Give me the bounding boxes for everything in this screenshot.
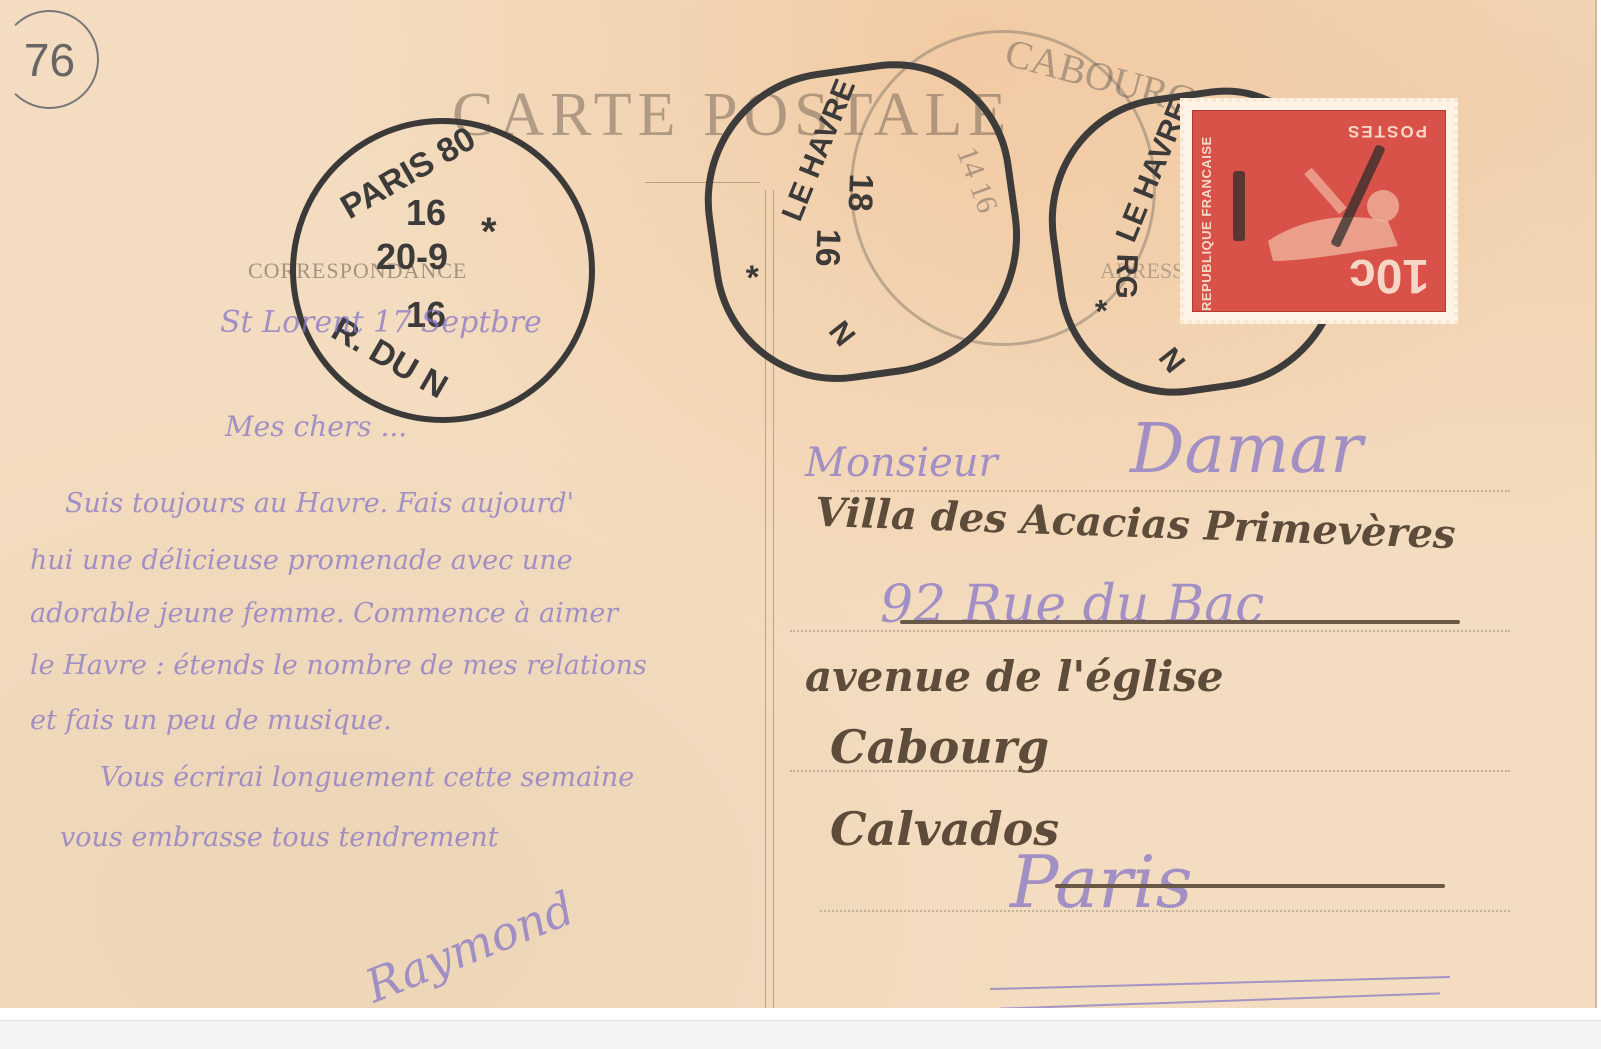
message-line: et fais un peu de musique. [30, 705, 392, 736]
address-salutation: Monsieur [805, 440, 998, 486]
scan-margin [0, 1008, 1601, 1020]
message-line: Suis toujours au Havre. Fais aujourd' [65, 488, 574, 519]
strikethrough-city [1055, 884, 1445, 888]
strikethrough-street [900, 620, 1460, 624]
message-greeting: Mes chers ... [225, 410, 407, 443]
postmark-paris: PARIS 80 16 * 20-9 16 R. DU N [290, 118, 595, 423]
message-line: Vous écrirai longuement cette semaine [100, 762, 634, 793]
signature: Raymond [358, 881, 582, 1013]
sower-figure-icon [1248, 151, 1408, 281]
message-line: vous embrasse tous tendrement [60, 822, 499, 853]
address-line-villa: Villa des Acacias Primevères [814, 489, 1456, 558]
address-line-avenue: avenue de l'église [805, 652, 1224, 701]
struck-street: 92 Rue du Bac [880, 575, 1264, 635]
address-name: Damar [1130, 410, 1363, 489]
stamp-face: REPUBLIQUE FRANCAISE POSTES 10c [1192, 110, 1446, 312]
catalog-number: 76 [0, 10, 99, 109]
message-line: le Havre : étends le nombre de mes relat… [30, 650, 647, 681]
stamp-label: POSTES [1346, 121, 1427, 141]
address-region: Calvados [830, 802, 1059, 856]
scan-margin [0, 1020, 1601, 1049]
address-dotline [850, 490, 1510, 492]
message-line: hui une délicieuse promenade avec une [30, 545, 573, 576]
address-city: Cabourg [830, 720, 1049, 774]
cancel-mark [1233, 171, 1245, 241]
violet-underline [990, 976, 1450, 990]
stamp-country: REPUBLIQUE FRANCAISE [1199, 121, 1221, 311]
message-line: adorable jeune femme. Commence à aimer [30, 598, 618, 629]
postage-stamp: REPUBLIQUE FRANCAISE POSTES 10c [1180, 98, 1458, 324]
message-heading: St Lorent 17 Septbre [220, 305, 542, 340]
postcard-back: 76 CARTE POSTALE CORRESPONDANCE ADRESSE … [0, 0, 1597, 1009]
